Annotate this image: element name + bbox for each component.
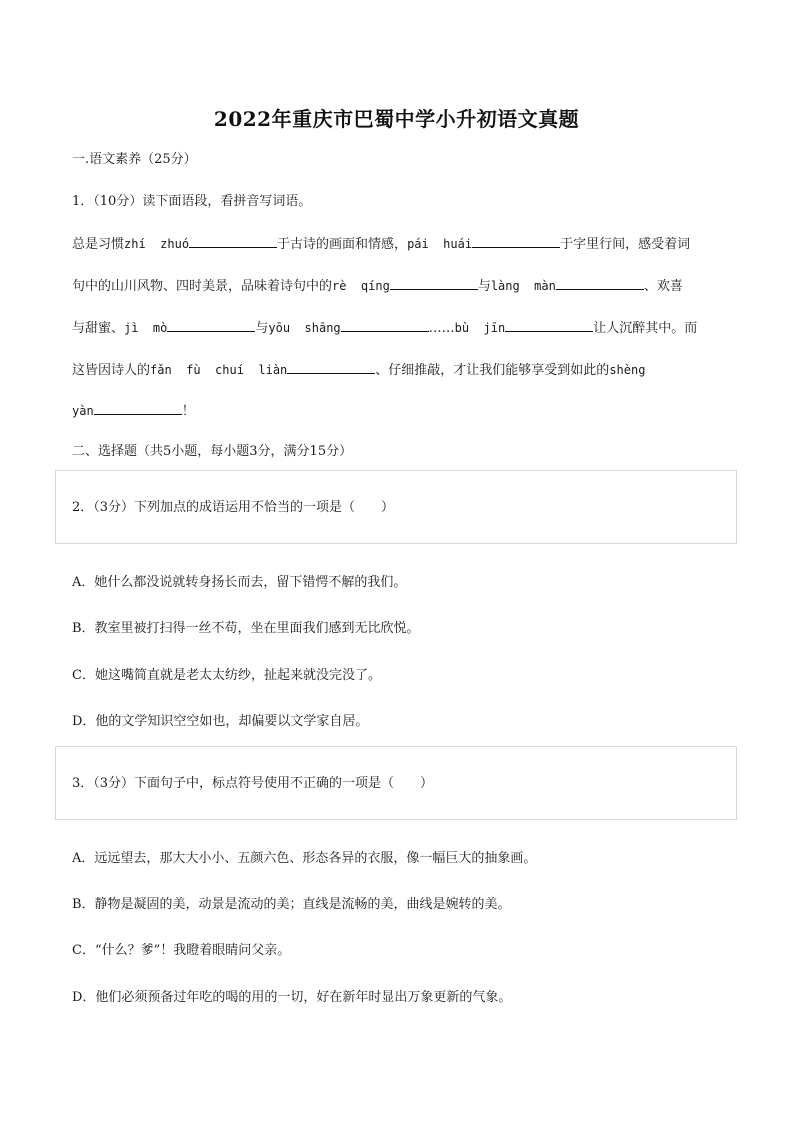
text: 总是习惯 <box>72 237 124 252</box>
q3-option-d[interactable]: D．他们必须预备过年吃的喝的用的一切，好在新年时显出万象更新的气象。 <box>72 988 511 1008</box>
q2-option-c[interactable]: C．她这嘴简直就是老太太纺纱，扯起来就没完没了。 <box>72 666 381 686</box>
answer-blank[interactable] <box>390 275 478 290</box>
text: 这皆因诗人的 <box>72 363 150 378</box>
q1-line-4: 这皆因诗人的fǎn fù chuí liàn、仔细推敲，才让我们能够享受到如此的… <box>72 359 645 381</box>
answer-blank[interactable] <box>556 275 644 290</box>
question-2-box: 2．（3分）下列加点的成语运用不恰当的一项是（ ） <box>55 470 737 544</box>
answer-blank[interactable] <box>472 233 560 248</box>
question-2-stem: 2．（3分）下列加点的成语运用不恰当的一项是（ ） <box>72 498 394 518</box>
text: 句中的山川风物、四时美景，品味着诗句中的 <box>72 279 332 294</box>
section2-heading: 二、选择题（共5小题，每小题3分，满分15分） <box>72 442 352 462</box>
pinyin: pái huái <box>407 237 472 251</box>
text: 、欢喜 <box>644 279 683 294</box>
text: 与甜蜜、 <box>72 321 124 336</box>
q2-option-d[interactable]: D．他的文学知识空空如也，却偏要以文学家自居。 <box>72 712 368 732</box>
q1-stem: 1．（10分）读下面语段，看拼音写词语。 <box>72 192 311 212</box>
q1-line-1: 总是习惯zhí zhuó于古诗的画面和情感，pái huái于字里行间，感受着词 <box>72 233 690 255</box>
pinyin: fǎn fù chuí liàn <box>150 363 287 377</box>
pinyin: jì mò <box>124 321 167 335</box>
q2-option-a[interactable]: A．她什么都没说就转身扬长而去，留下错愕不解的我们。 <box>72 573 406 593</box>
answer-blank[interactable] <box>505 317 593 332</box>
pinyin: shèng <box>609 363 645 377</box>
q3-option-c[interactable]: C．“什么？爹”！我瞪着眼睛问父亲。 <box>72 941 290 961</box>
answer-blank[interactable] <box>189 233 277 248</box>
answer-blank[interactable] <box>167 317 255 332</box>
answer-blank[interactable] <box>287 359 375 374</box>
page-title: 2022年重庆市巴蜀中学小升初语文真题 <box>0 103 793 132</box>
q1-line-2: 句中的山川风物、四时美景，品味着诗句中的rè qíng与làng màn、欢喜 <box>72 275 683 297</box>
text: 与 <box>255 321 268 336</box>
answer-blank[interactable] <box>94 400 182 415</box>
text: 于古诗的画面和情感， <box>277 237 407 252</box>
q3-option-b[interactable]: B．静物是凝固的美，动景是流动的美；直线是流畅的美，曲线是婉转的美。 <box>72 895 511 915</box>
q1-line-3: 与甜蜜、jì mò与yōu shāng……bù jīn让人沉醉其中。而 <box>72 317 697 339</box>
question-3-box: 3．（3分）下面句子中，标点符号使用不正确的一项是（ ） <box>55 746 737 820</box>
text: 、仔细推敲，才让我们能够享受到如此的 <box>375 363 609 378</box>
pinyin: rè qíng <box>332 279 390 293</box>
answer-blank[interactable] <box>341 317 429 332</box>
text: ！ <box>182 404 195 419</box>
q3-option-a[interactable]: A．远远望去，那大大小小、五颜六色、形态各异的衣服，像一幅巨大的抽象画。 <box>72 849 536 869</box>
text: 让人沉醉其中。而 <box>593 321 697 336</box>
question-3-stem: 3．（3分）下面句子中，标点符号使用不正确的一项是（ ） <box>72 774 433 794</box>
text: 于字里行间，感受着词 <box>560 237 690 252</box>
pinyin: làng màn <box>491 279 556 293</box>
pinyin: bù jīn <box>455 321 506 335</box>
text: 与 <box>478 279 491 294</box>
q1-line-5: yàn！ <box>72 400 195 422</box>
q2-option-b[interactable]: B．教室里被打扫得一丝不苟，坐在里面我们感到无比欣悦。 <box>72 619 420 639</box>
pinyin: yàn <box>72 404 94 418</box>
pinyin: yōu shāng <box>268 321 340 335</box>
pinyin: zhí zhuó <box>124 237 189 251</box>
text: …… <box>429 321 455 336</box>
section1-heading: 一.语文素养（25分） <box>72 150 197 170</box>
